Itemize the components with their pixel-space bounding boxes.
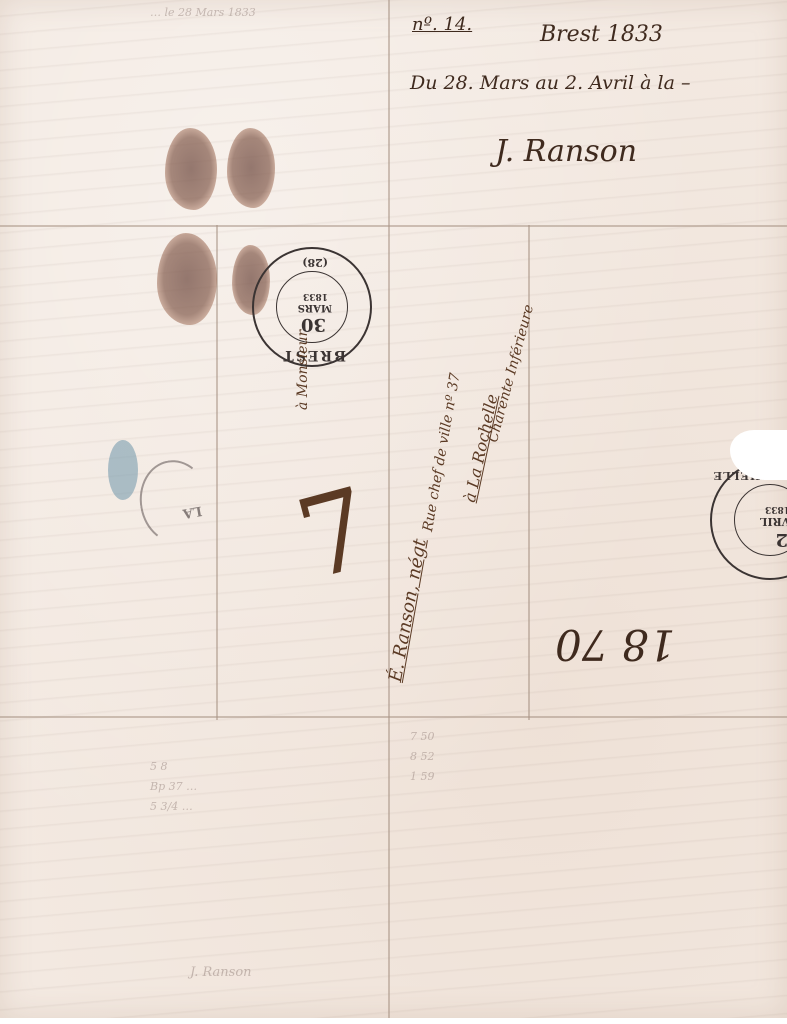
faint-signature: J. Ranson	[190, 965, 252, 980]
seal-stain	[227, 128, 275, 208]
fold-line	[0, 716, 787, 718]
docket-date-range: Du 28. Mars au 2. Avril à la –	[410, 72, 690, 94]
faint-ledger-line: 7 50	[410, 730, 435, 743]
docket-sender: J. Ranson	[495, 134, 637, 169]
faint-ledger-line: 1 59	[410, 770, 435, 783]
fold-line	[528, 225, 530, 720]
seal-stain	[165, 128, 217, 210]
faint-ledger-line: 5 3/4 …	[150, 800, 193, 813]
docket-number: nº. 14.	[412, 14, 472, 35]
fold-line	[0, 225, 787, 227]
faint-ledger-line: 5 8	[150, 760, 168, 773]
address-salutation: à Monsieur	[295, 330, 311, 410]
faint-ledger-line: 8 52	[410, 750, 435, 763]
blue-stain	[108, 440, 138, 500]
faint-header: … le 28 Mars 1833	[150, 6, 256, 19]
faint-ledger-line: Bp 37 …	[150, 780, 197, 793]
letter-sheet: … le 28 Mars 1833 5 8 Bp 37 … 5 3/4 … 7 …	[0, 0, 787, 1018]
fold-line	[388, 0, 390, 1018]
numeric-note: 18 70	[555, 620, 675, 669]
docket-place-year: Brest 1833	[540, 22, 663, 47]
postmark-brest: BREST 30 MARS 1833 (28)	[252, 247, 372, 367]
bleed-through-text	[0, 0, 787, 1018]
seal-stain	[157, 233, 217, 325]
fold-line	[216, 225, 218, 720]
